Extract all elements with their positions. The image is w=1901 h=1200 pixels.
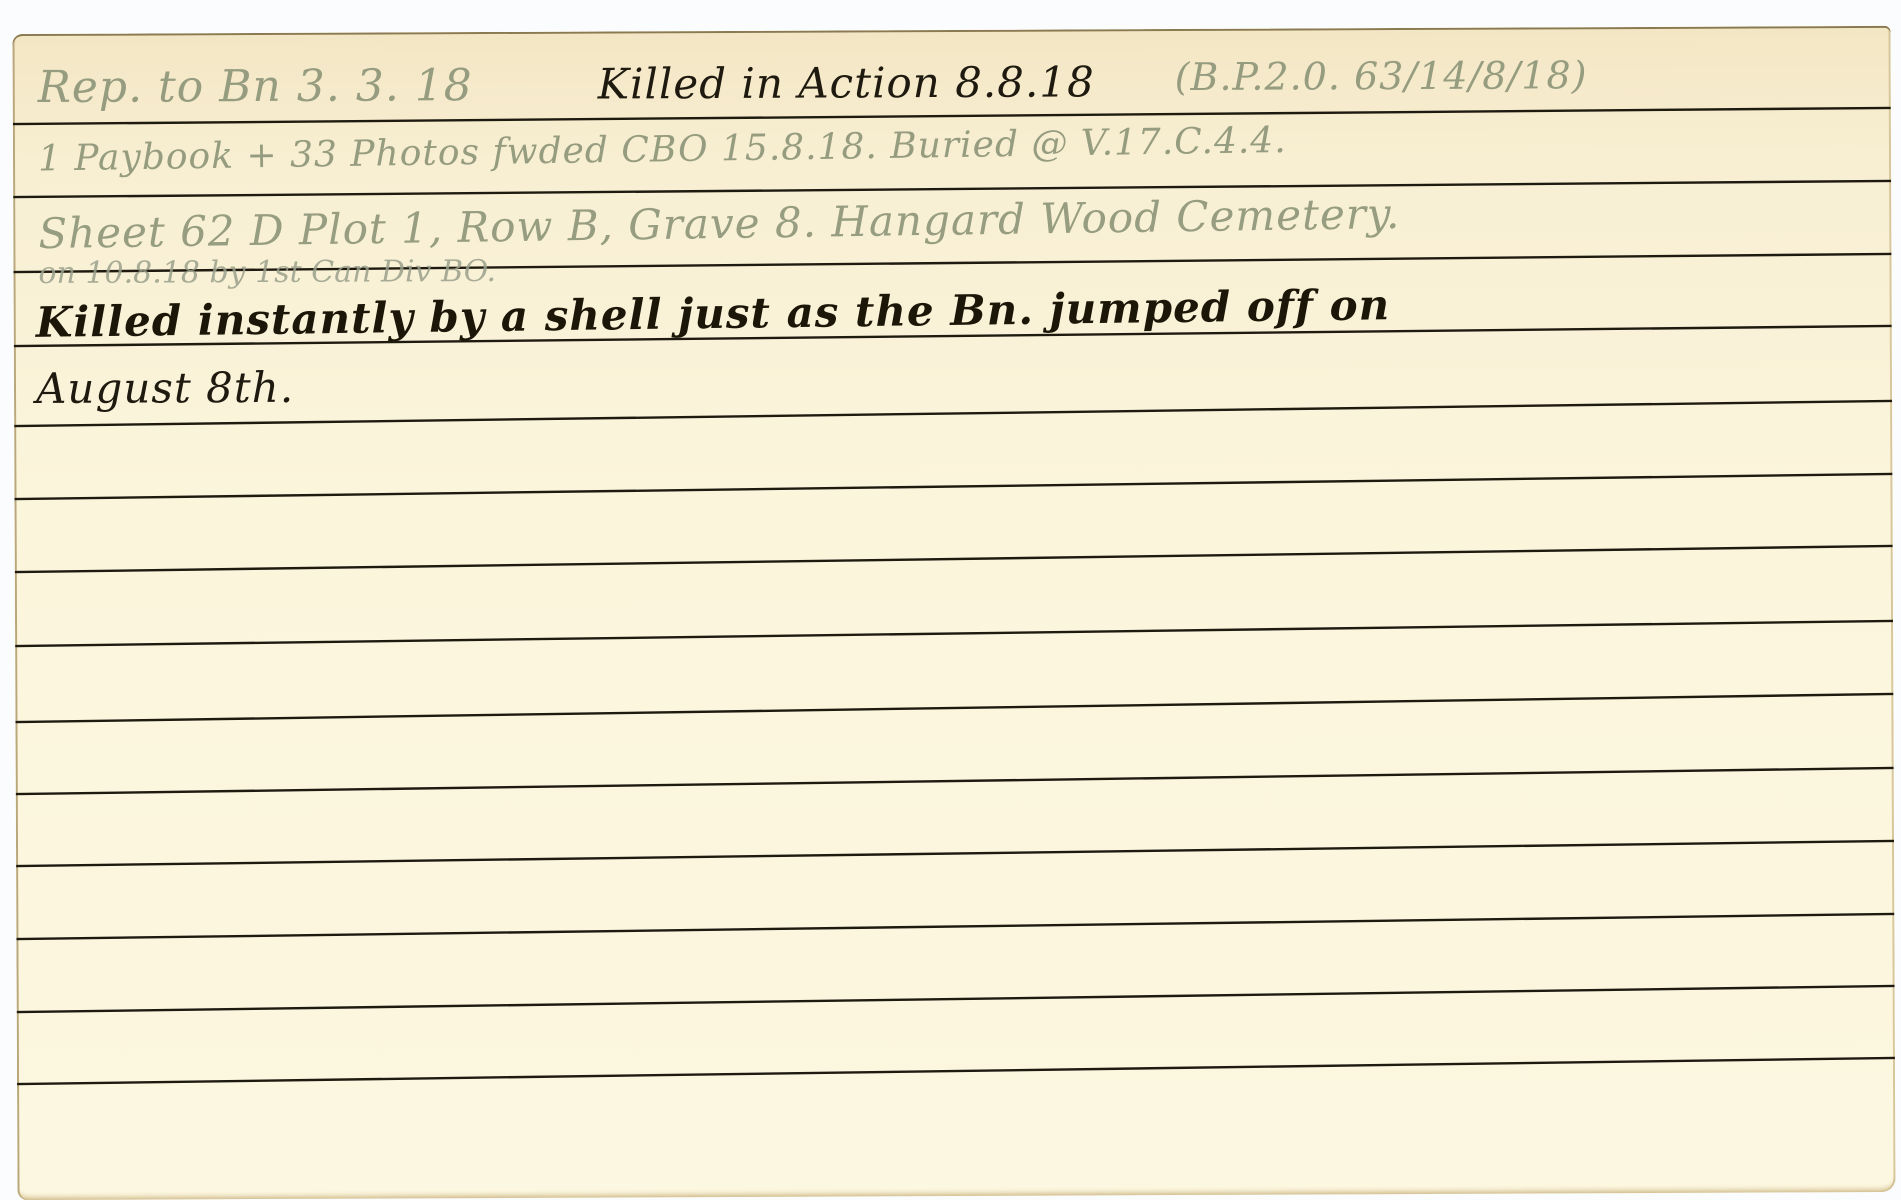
reported-to-battalion-note: Rep. to Bn 3. 3. 18 [38,60,473,113]
circumstances-date: August 8th. [36,363,294,413]
reference-number: (B.P.2.0. 63/14/8/18) [1175,53,1588,99]
burial-report-source: on 10.8.18 by 1st Can Div BO. [38,254,496,291]
record-card: Rep. to Bn 3. 3. 18 Killed in Action 8.8… [12,26,1895,1200]
killed-in-action-entry: Killed in Action 8.8.18 [598,57,1095,108]
